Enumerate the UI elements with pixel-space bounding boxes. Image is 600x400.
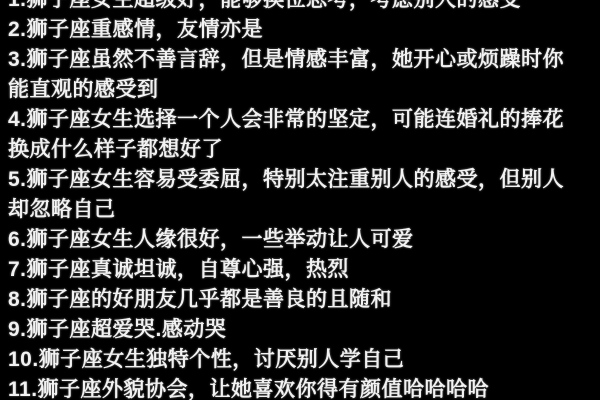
- text-line: 6.狮子座女生人缘很好，一些举动让人可爱: [8, 225, 600, 255]
- text-line: 能直观的感受到: [8, 75, 600, 105]
- list-item-10: 10.狮子座女生独特个性，讨厌别人学自己: [8, 345, 600, 375]
- leo-traits-list: 1.狮子座女生超级好，能够换位思考，考虑别人的感受2.狮子座重感情，友情亦是3.…: [8, 0, 600, 400]
- list-item-1: 1.狮子座女生超级好，能够换位思考，考虑别人的感受: [8, 0, 600, 15]
- text-line: 却忽略自己: [8, 195, 600, 225]
- list-item-3: 3.狮子座虽然不善言辞，但是情感丰富，她开心或烦躁时你能直观的感受到: [8, 45, 600, 105]
- text-line: 1.狮子座女生超级好，能够换位思考，考虑别人的感受: [8, 0, 600, 15]
- list-item-6: 6.狮子座女生人缘很好，一些举动让人可爱: [8, 225, 600, 255]
- list-item-8: 8.狮子座的好朋友几乎都是善良的且随和: [8, 285, 600, 315]
- text-line: 10.狮子座女生独特个性，讨厌别人学自己: [8, 345, 600, 375]
- text-line: 9.狮子座超爱哭.感动哭: [8, 315, 600, 345]
- list-item-7: 7.狮子座真诚坦诚，自尊心强，热烈: [8, 255, 600, 285]
- text-line: 4.狮子座女生选择一个人会非常的坚定，可能连婚礼的捧花: [8, 105, 600, 135]
- text-line: 3.狮子座虽然不善言辞，但是情感丰富，她开心或烦躁时你: [8, 45, 600, 75]
- text-line: 2.狮子座重感情，友情亦是: [8, 15, 600, 45]
- list-item-5: 5.狮子座女生容易受委屈，特别太注重别人的感受，但别人却忽略自己: [8, 165, 600, 225]
- text-line: 换成什么样子都想好了: [8, 135, 600, 165]
- text-line: 5.狮子座女生容易受委屈，特别太注重别人的感受，但别人: [8, 165, 600, 195]
- list-item-11: 11.狮子座外貌协会，让她喜欢你得有颜值哈哈哈哈: [8, 375, 600, 400]
- text-line: 7.狮子座真诚坦诚，自尊心强，热烈: [8, 255, 600, 285]
- list-item-9: 9.狮子座超爱哭.感动哭: [8, 315, 600, 345]
- screenshot-root: 1.狮子座女生超级好，能够换位思考，考虑别人的感受2.狮子座重感情，友情亦是3.…: [0, 0, 600, 400]
- list-item-2: 2.狮子座重感情，友情亦是: [8, 15, 600, 45]
- text-line: 8.狮子座的好朋友几乎都是善良的且随和: [8, 285, 600, 315]
- list-item-4: 4.狮子座女生选择一个人会非常的坚定，可能连婚礼的捧花换成什么样子都想好了: [8, 105, 600, 165]
- text-line: 11.狮子座外貌协会，让她喜欢你得有颜值哈哈哈哈: [8, 375, 600, 400]
